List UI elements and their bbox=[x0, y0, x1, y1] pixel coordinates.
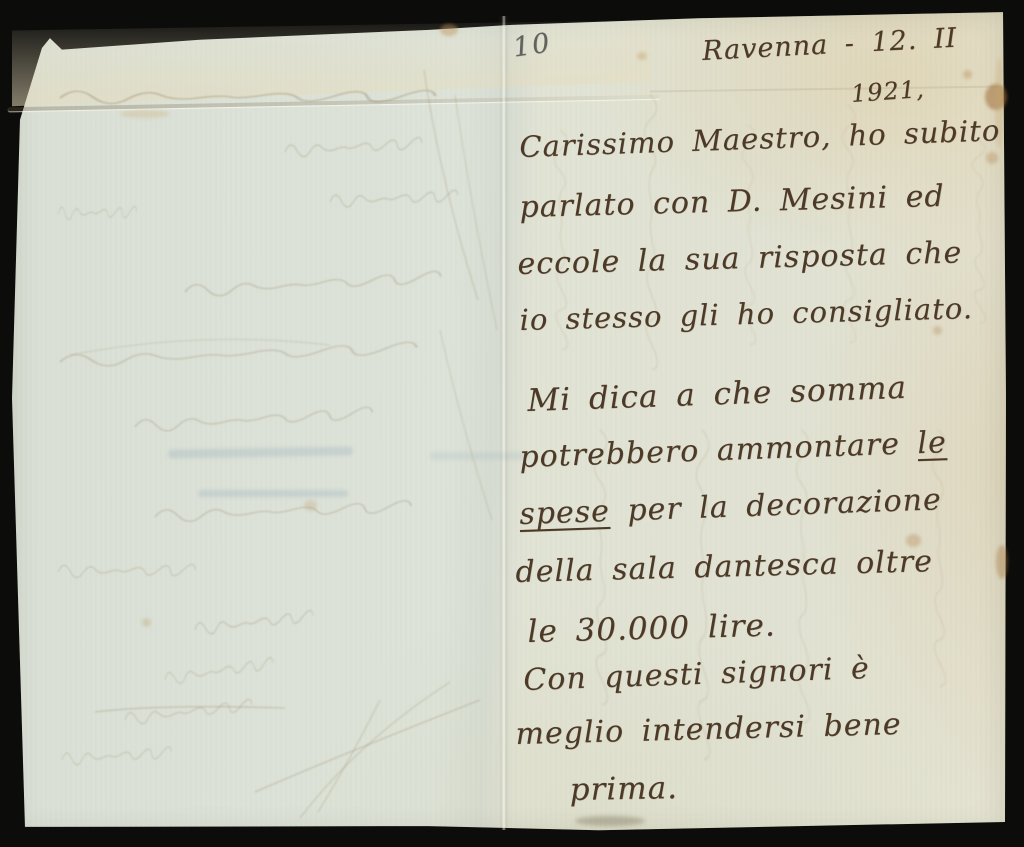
faded-blue-smudge bbox=[198, 490, 348, 497]
underlined-word: spese bbox=[519, 494, 611, 532]
letter-line: le 30.000 lire. bbox=[527, 608, 776, 650]
faded-blue-smudge bbox=[430, 452, 530, 460]
dateline-year: 1921, bbox=[850, 75, 925, 108]
underlined-word: le bbox=[917, 425, 948, 461]
page-number-annotation: 10 bbox=[511, 27, 553, 63]
letter-scan: 10 Ravenna - 12. II 1921, Carissimo Maes… bbox=[0, 0, 1024, 847]
center-fold bbox=[498, 16, 510, 830]
letter-line: prima. bbox=[569, 770, 678, 808]
